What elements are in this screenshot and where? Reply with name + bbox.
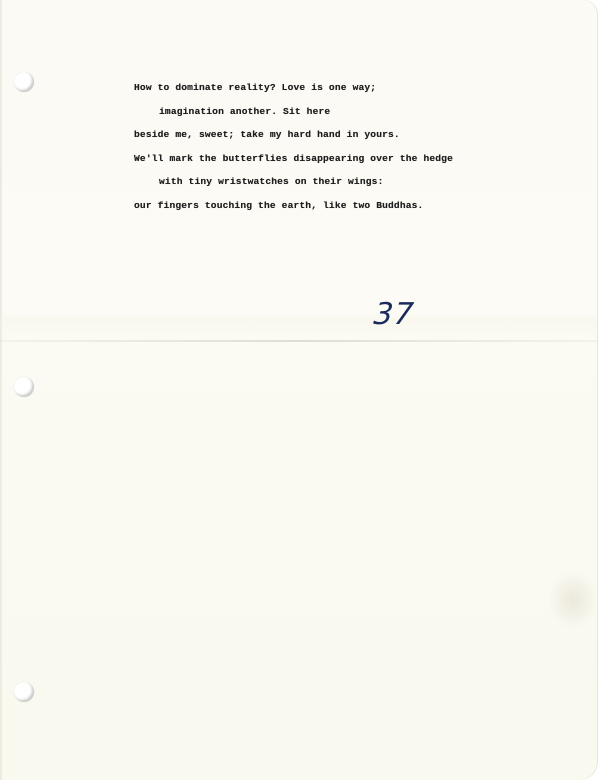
paper-page: How to dominate reality? Love is one way…: [0, 0, 598, 780]
handwritten-page-number: 37: [372, 300, 415, 330]
punch-hole-bottom: [14, 682, 34, 702]
paper-stain: [548, 570, 598, 630]
punch-hole-middle: [14, 377, 34, 397]
poem-line: We'll mark the butterflies disappearing …: [134, 153, 453, 177]
punch-hole-top: [14, 72, 34, 92]
paper-fold-crease: [0, 340, 598, 342]
poem-text: How to dominate reality? Love is one way…: [134, 82, 453, 223]
poem-line: beside me, sweet; take my hard hand in y…: [134, 129, 453, 153]
poem-line: How to dominate reality? Love is one way…: [134, 82, 453, 106]
poem-line: with tiny wristwatches on their wings:: [134, 176, 453, 200]
poem-line: our fingers touching the earth, like two…: [134, 200, 453, 224]
poem-line: imagination another. Sit here: [134, 106, 453, 130]
